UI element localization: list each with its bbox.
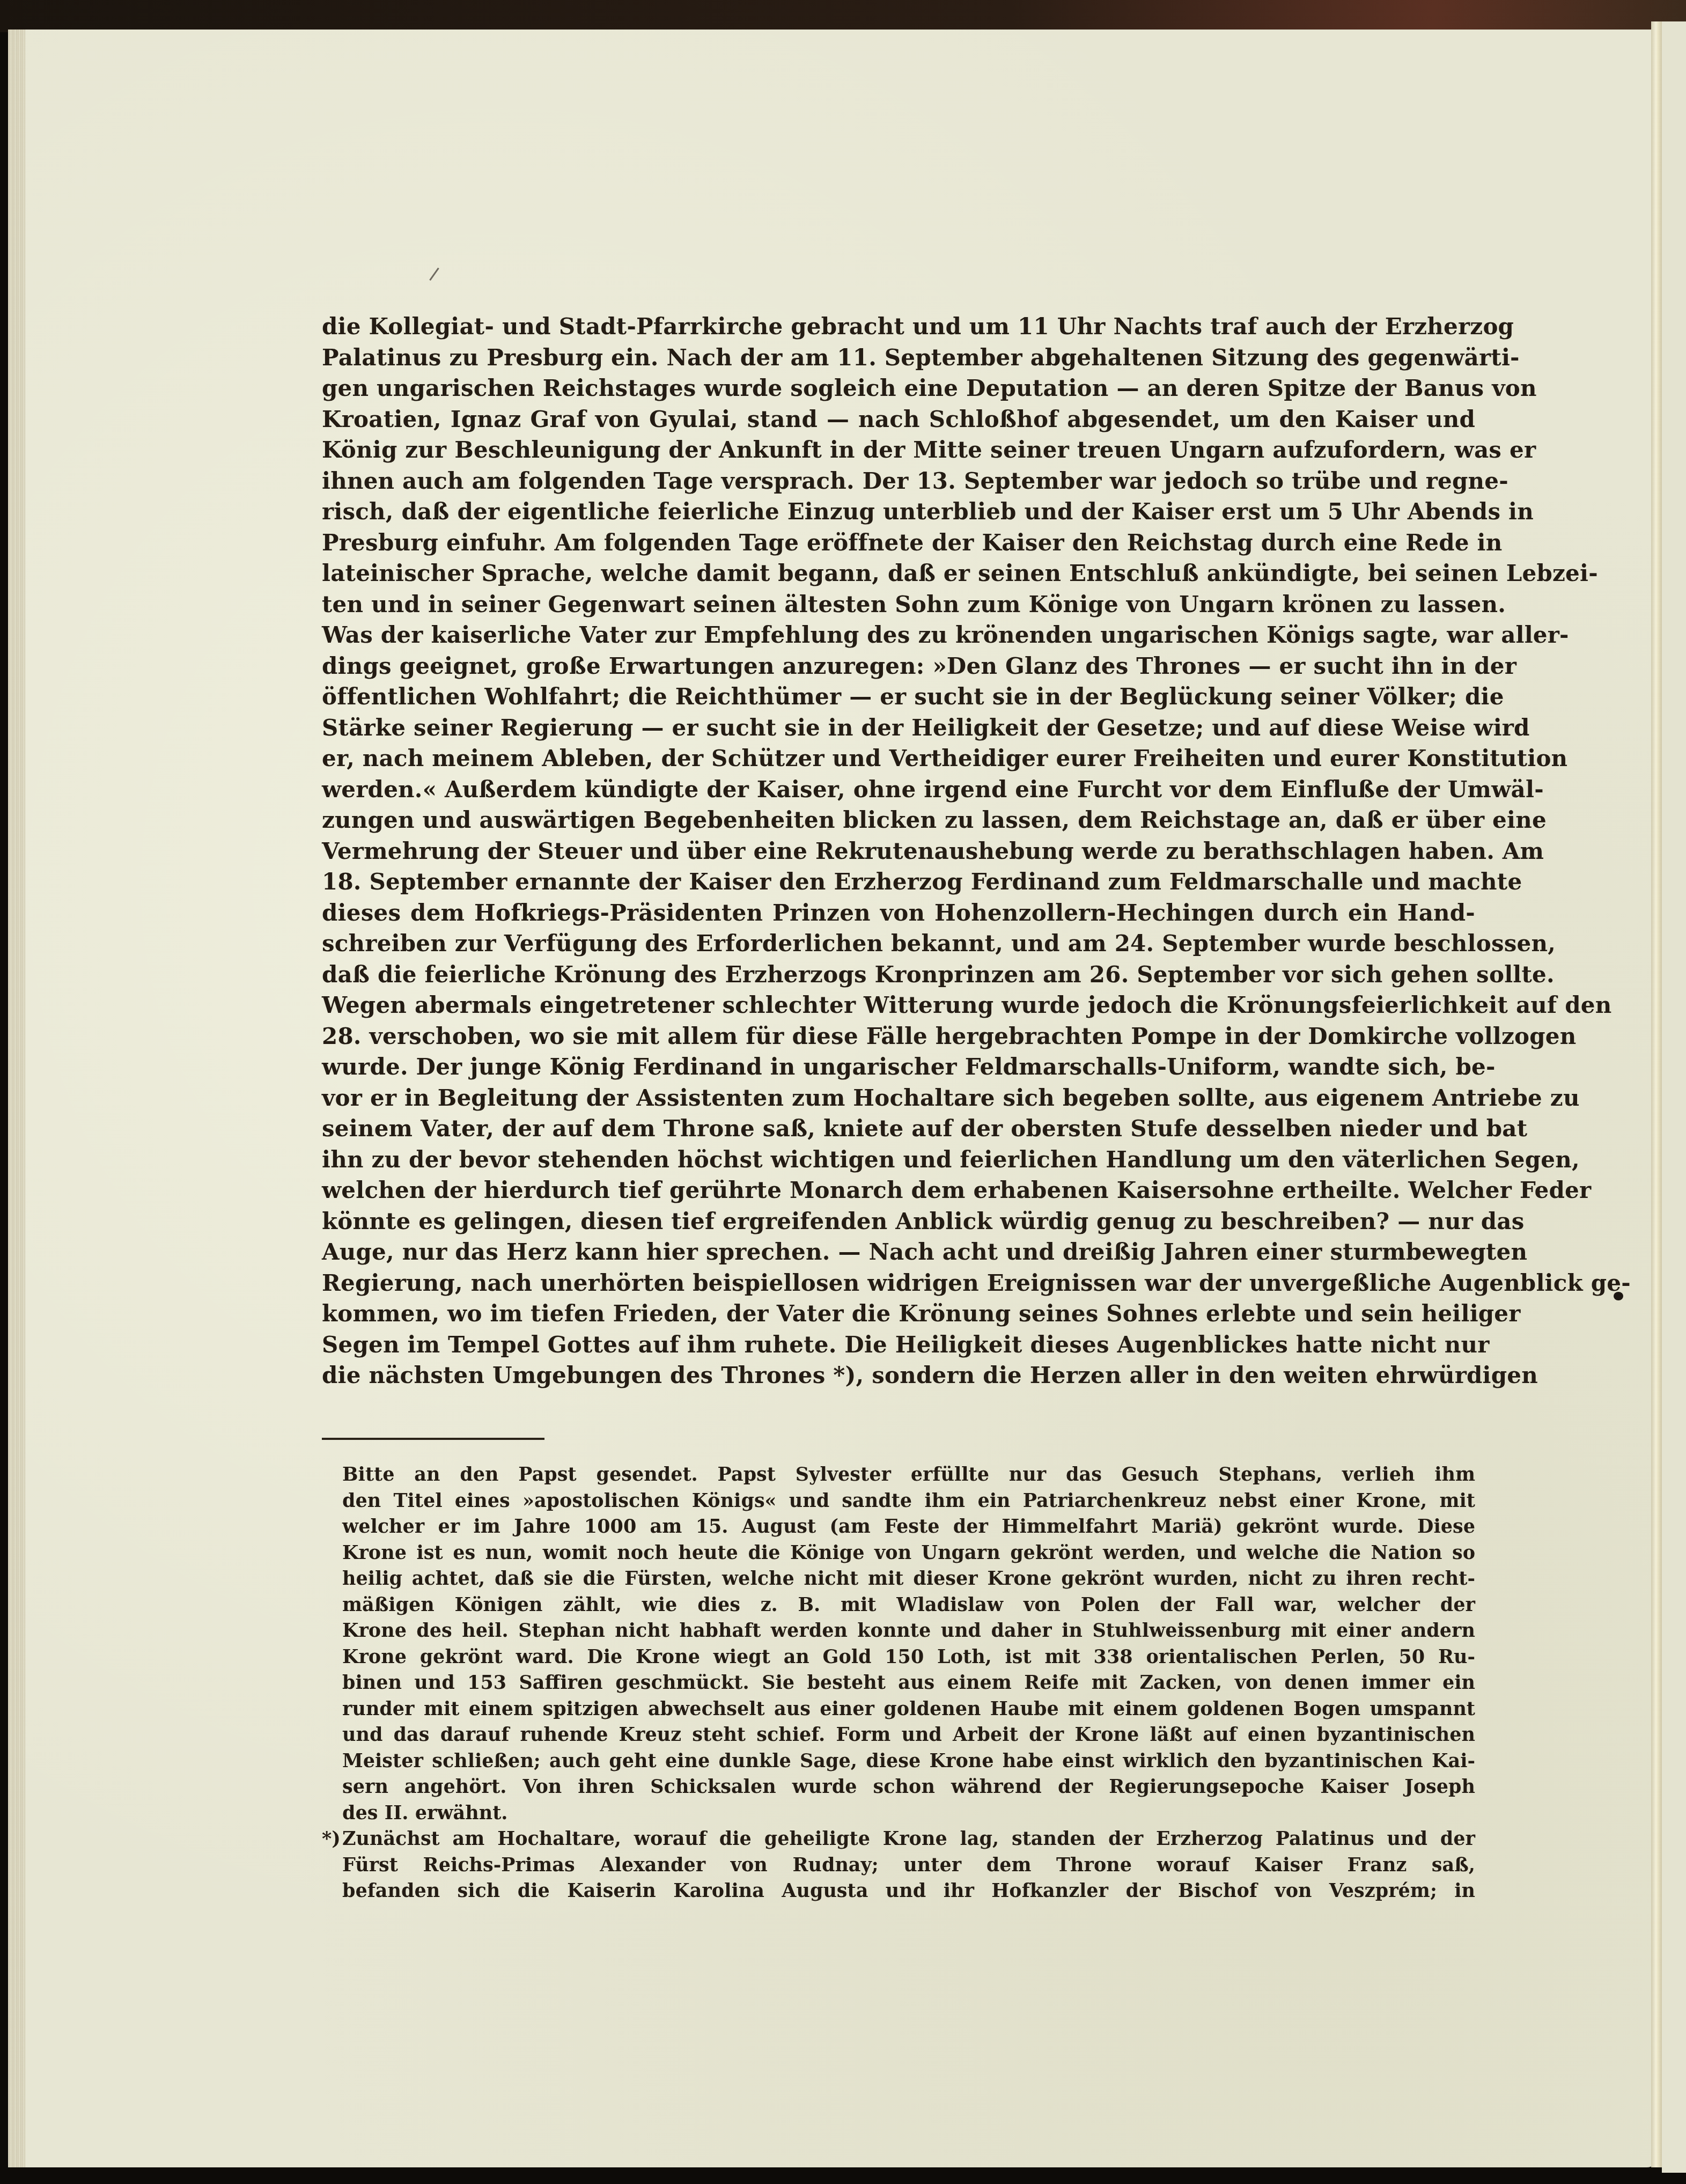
text-line: die Kollegiat- und Stadt-Pfarrkirche geb… <box>322 311 1475 342</box>
footnote-line: Meister schließen; auch geht eine dunkle… <box>322 1748 1475 1775</box>
text-line: risch, daß der eigentliche feierliche Ei… <box>322 496 1475 527</box>
text-line: kommen, wo im tiefen Frieden, der Vater … <box>322 1298 1475 1329</box>
text-line: dieses dem Hofkriegs-Präsidenten Prinzen… <box>322 898 1475 929</box>
text-line: lateinischer Sprache, welche damit began… <box>322 558 1475 589</box>
footnote-marker: *) <box>322 1826 341 1852</box>
text-line: dings geeignet, große Erwartungen anzure… <box>322 651 1475 682</box>
text-line: ihnen auch am folgenden Tage versprach. … <box>322 466 1475 497</box>
footnote-separator-rule <box>322 1438 544 1440</box>
scan-background-top <box>0 0 1686 32</box>
text-line: Palatinus zu Presburg ein. Nach der am 1… <box>322 342 1475 373</box>
footnote-line: und das darauf ruhende Kreuz steht schie… <box>322 1722 1475 1748</box>
footnote-line: sern angehört. Von ihren Schicksalen wur… <box>322 1774 1475 1800</box>
text-line: seinem Vater, der auf dem Throne saß, kn… <box>322 1113 1475 1144</box>
footnote-line: Fürst Reichs-Primas Alexander von Rudnay… <box>322 1852 1475 1879</box>
footnote-line: Krone ist es nun, womit noch heute die K… <box>322 1540 1475 1567</box>
text-line: Presburg einfuhr. Am folgenden Tage eröf… <box>322 527 1475 558</box>
footnote-star: *) Zunächst am Hochaltare, worauf die ge… <box>322 1826 1475 1904</box>
text-line: werden.« Außerdem kündigte der Kaiser, o… <box>322 774 1475 805</box>
text-line: Segen im Tempel Gottes auf ihm ruhete. D… <box>322 1329 1475 1361</box>
text-line: zungen und auswärtigen Begebenheiten bli… <box>322 805 1475 836</box>
text-line: ten und in seiner Gegenwart seinen ältes… <box>322 589 1475 620</box>
footnote-line: befanden sich die Kaiserin Karolina Augu… <box>322 1878 1475 1904</box>
footnote-line: binen und 153 Saffiren geschmückt. Sie b… <box>322 1670 1475 1696</box>
text-line: Stärke seiner Regierung — er sucht sie i… <box>322 712 1475 744</box>
footnote-line: mäßigen Königen zählt, wie dies z. B. mi… <box>322 1592 1475 1619</box>
text-line: er, nach meinem Ableben, der Schützer un… <box>322 743 1475 774</box>
text-line: daß die feierliche Krönung des Erzherzog… <box>322 959 1475 990</box>
footnote-line: welcher er im Jahre 1000 am 15. August (… <box>322 1514 1475 1540</box>
text-line: Wegen abermals eingetretener schlechter … <box>322 990 1475 1021</box>
text-line: die nächsten Umgebungen des Thrones *), … <box>322 1360 1475 1391</box>
page-fold-ridge <box>1651 21 1662 2167</box>
text-line: Vermehrung der Steuer und über eine Rekr… <box>322 836 1475 867</box>
footnote-line: Krone des heil. Stephan nicht habhaft we… <box>322 1618 1475 1644</box>
text-line: Regierung, nach unerhörten beispiellosen… <box>322 1268 1475 1299</box>
footnote-line: Bitte an den Papst gesendet. Papst Sylve… <box>322 1462 1475 1488</box>
footnote-line: den Titel eines »apostolischen Königs« u… <box>322 1488 1475 1514</box>
text-line: vor er in Begleitung der Assistenten zum… <box>322 1083 1475 1114</box>
text-line: welchen der hierdurch tief gerührte Mona… <box>322 1175 1475 1206</box>
text-line: 28. verschoben, wo sie mit allem für die… <box>322 1021 1475 1052</box>
text-line: wurde. Der junge König Ferdinand in unga… <box>322 1051 1475 1083</box>
adjacent-page-edge <box>1662 21 1686 2173</box>
text-line: öffentlichen Wohlfahrt; die Reichthümer … <box>322 681 1475 712</box>
text-line: gen ungarischen Reichstages wurde soglei… <box>322 373 1475 404</box>
footnote-line: des II. erwähnt. <box>322 1800 1475 1827</box>
text-line: Auge, nur das Herz kann hier sprechen. —… <box>322 1237 1475 1268</box>
main-text: die Kollegiat- und Stadt-Pfarrkirche geb… <box>322 311 1475 1391</box>
page-stack-edges <box>8 30 25 2167</box>
text-line: Was der kaiserliche Vater zur Empfehlung… <box>322 620 1475 651</box>
footnotes: Bitte an den Papst gesendet. Papst Sylve… <box>322 1462 1475 1904</box>
footnote-line: Zunächst am Hochaltare, worauf die gehei… <box>322 1826 1475 1852</box>
footnote-line: heilig achtet, daß sie die Fürsten, welc… <box>322 1566 1475 1592</box>
text-line: Kroatien, Ignaz Graf von Gyulai, stand —… <box>322 404 1475 435</box>
text-line: ihn zu der bevor stehenden höchst wichti… <box>322 1144 1475 1175</box>
footnote-line: Krone gekrönt ward. Die Krone wiegt an G… <box>322 1644 1475 1671</box>
text-line: schreiben zur Verfügung des Erforderlich… <box>322 928 1475 959</box>
footnote-line: runder mit einem spitzigen abwechselt au… <box>322 1696 1475 1723</box>
text-line: 18. September ernannte der Kaiser den Er… <box>322 866 1475 898</box>
text-line: König zur Beschleunigung der Ankunft in … <box>322 435 1475 466</box>
text-line: könnte es gelingen, diesen tief ergreife… <box>322 1206 1475 1237</box>
